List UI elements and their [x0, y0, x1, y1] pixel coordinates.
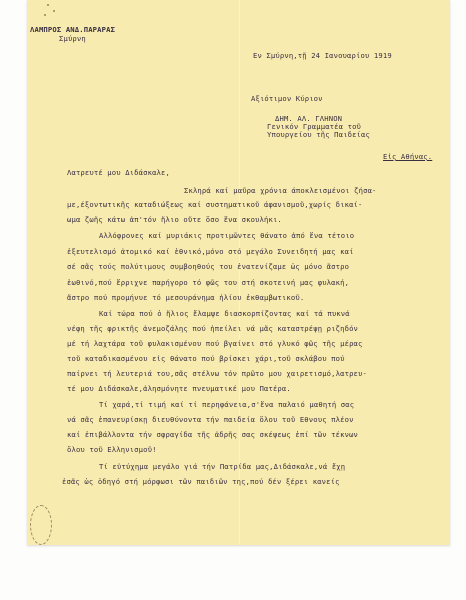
body-line: τοῦ καταδικασμένου εἰς θάνατο πού βρίσκε… [67, 354, 345, 364]
greeting: Λατρευτέ μου Διδάσκαλε, [67, 168, 170, 178]
body-line: σέ σᾶς τούς πολύτιμους συμβοηθούς του ἐν… [67, 262, 349, 272]
letterhead-city: Σμύρνη [59, 34, 86, 44]
body-line: μέ τή λαχτάρα τοῦ φυλακισμένου πού βγαίν… [67, 339, 363, 349]
body-line: ωμα ζωῆς κάτω ἀπ'τόν ἥλιο οὔτε ὅσο ἕνα σ… [67, 215, 282, 225]
body-line: τέ μου Διδάσκαλε,ἀλησμόνητε πνευματικέ μ… [67, 384, 291, 394]
body-line: ὅλου τοῦ Ελληνισμοῦ! [67, 445, 157, 455]
body-line: νά σᾶς ἐπανευρίσκῃ διευθύνοντα τήν παιδε… [67, 415, 354, 425]
body-line: παίρνει τή λευτεριά του,σᾶς στέλνω τόν π… [67, 369, 367, 379]
body-line: ἐξευτελισμό ἀτομικό καί ἐθνικό,μόνο στό … [67, 247, 354, 257]
body-line: με,έξοντωτικῆς καταδιώξεως καί συστηματι… [67, 200, 363, 210]
body-line: Σκληρά καί μαῦρα χρόνια άποκλεισμένοι ζή… [184, 186, 377, 196]
body-line: νέφη τῆς φρικτῆς ἀνεμοζάλης πού ἠπείλει … [67, 324, 358, 334]
date-line: Εν Σμύρνη,τῇ 24 Ιανουαρίου 1919 [253, 51, 392, 61]
ink-spot [44, 14, 46, 16]
letter-page: ΛΑΜΠΡΟΣ ΑΝΔ.ΠΑΡΑΡΑΣ Σμύρνη Εν Σμύρνη,τῇ … [27, 0, 450, 545]
body-line: Τί εὐτύχημα μεγάλο γιά τήν Πατρίδα μας,Δ… [99, 462, 345, 472]
ink-spot [53, 10, 55, 12]
ink-spot [47, 4, 49, 6]
destination: Εἰς Αθήνας. [383, 152, 432, 162]
ink-stain [30, 505, 52, 545]
body-line: ἐσᾶς ὡς ὁδηγό στή μόρφωσι τῶν παιδιῶν τη… [62, 477, 340, 487]
recipient-title-2: Υπουργείου τῆς Παιδείας [267, 130, 370, 140]
body-line: καί ἐπιβάλλοντα τήν σφραγίδα τῆς ἀδρῆς σ… [67, 430, 358, 440]
body-line: ἑωθινό,πού ἔρριχνε παρήγορο τό φῶς του σ… [67, 278, 349, 288]
body-line: Καί τώρα πού ὁ ἥλιος ἔλαμψε διασκορπίζον… [99, 309, 350, 319]
body-line: Αλλόφρονες καί μυριάκις προτιμῶντες θάνα… [99, 231, 354, 241]
body-line: ἄστρο πού προμήνυε τό μεσουράνημα ἡλίου … [67, 293, 304, 303]
recipient-salutation: Αξιότιμον Κύριον [251, 94, 323, 104]
body-line: Τί χαρά,τί τιμή καί τί περηφάνεια,σ'ἕνα … [99, 400, 354, 410]
